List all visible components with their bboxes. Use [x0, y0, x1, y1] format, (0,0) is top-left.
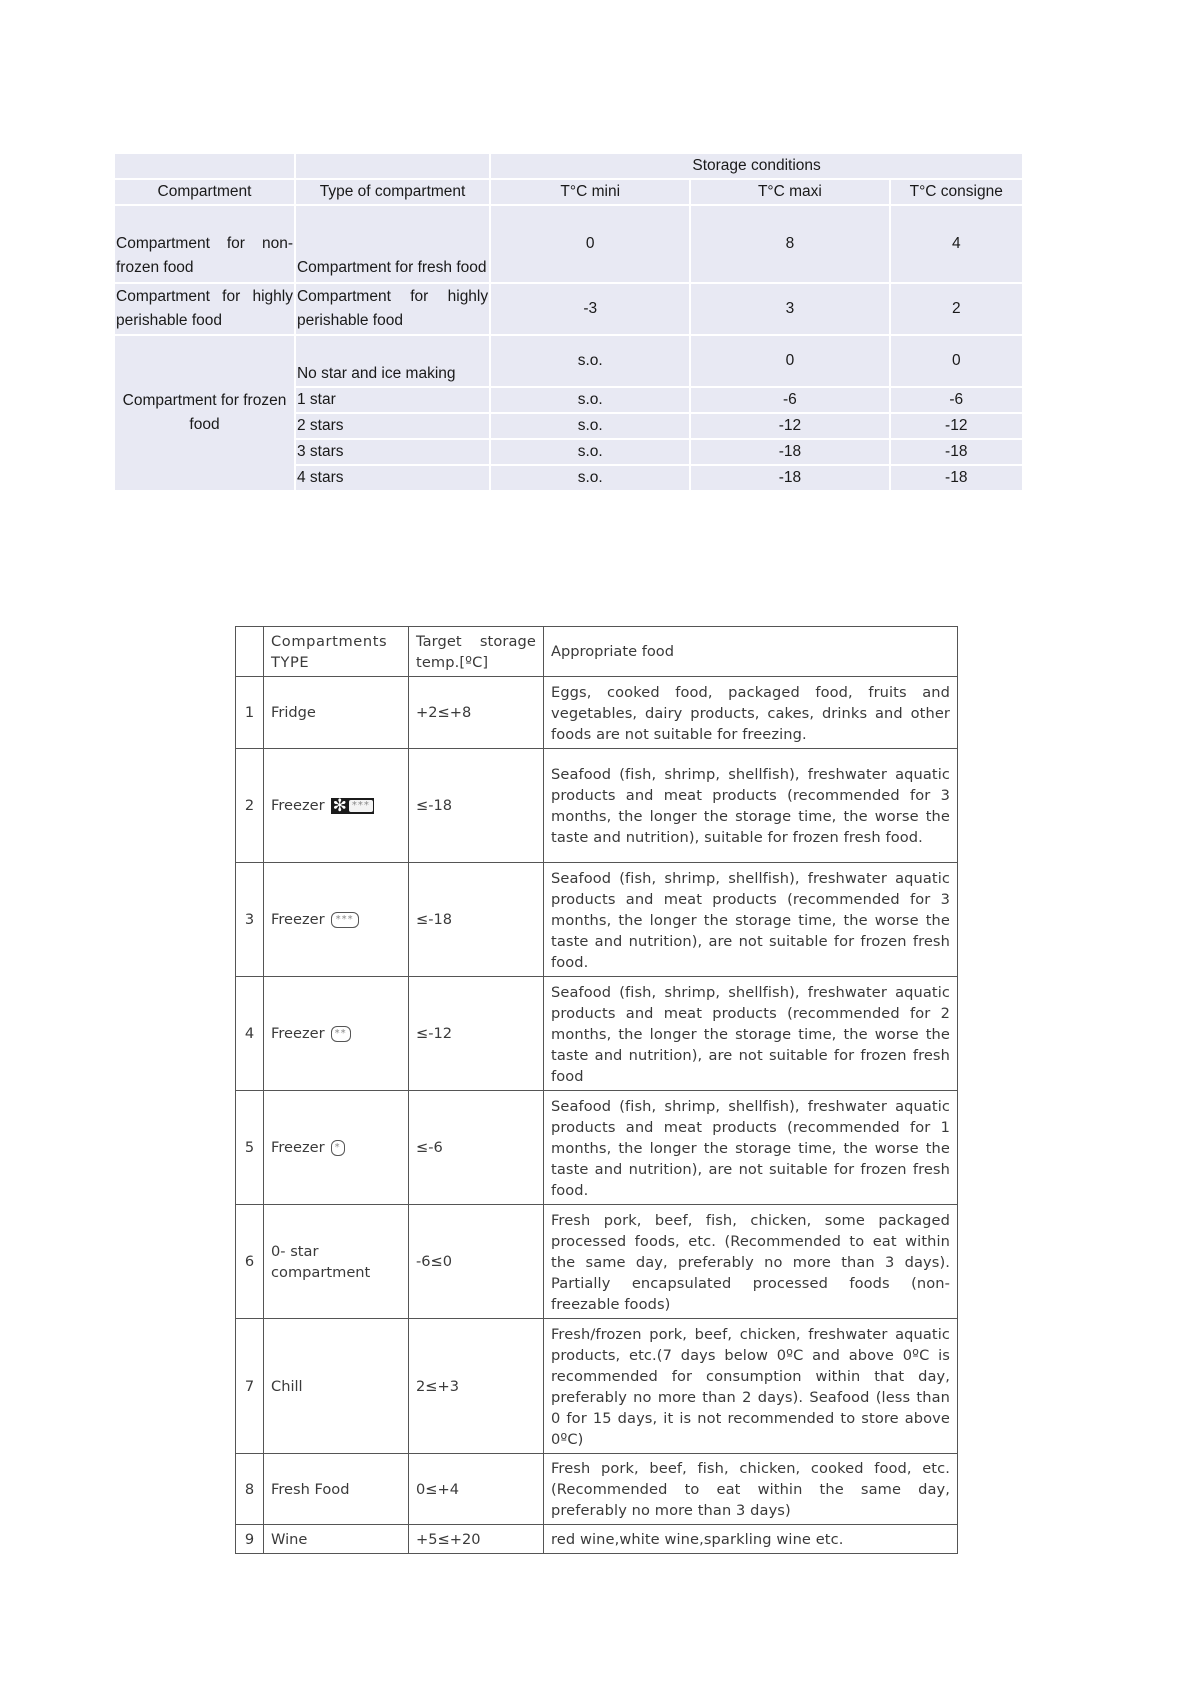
temp-cell: 2≤+3: [409, 1319, 544, 1454]
food-cell: Seafood (fish, shrimp, shellfish), fresh…: [544, 1091, 958, 1205]
tset-cell: -18: [891, 440, 1023, 464]
temp-cell: ≤-12: [409, 977, 544, 1091]
tmax-cell: -18: [691, 466, 888, 490]
tmax-cell: -6: [691, 388, 888, 412]
table-row: Compartment for frozen food No star and …: [115, 336, 1022, 386]
table-row: Compartment for non-frozen food Compartm…: [115, 206, 1022, 282]
tmin-cell: s.o.: [491, 336, 689, 386]
two-star-freezer-icon: **: [331, 1026, 351, 1042]
type-label: Freezer: [271, 795, 325, 816]
type-cell: Compartment for highly perishable food: [296, 284, 489, 334]
type-cell: 0- star compartment: [264, 1205, 409, 1319]
temp-cell: ≤-18: [409, 749, 544, 863]
table-row: 2 Freezer ✻ *** ≤-18 Seafood (fish, shri…: [236, 749, 958, 863]
header-cell-empty: [296, 154, 489, 178]
three-star-freezer-icon: ***: [331, 912, 359, 928]
table-row: 7 Chill 2≤+3 Fresh/frozen pork, beef, ch…: [236, 1319, 958, 1454]
compartment-cell: Compartment for frozen food: [115, 336, 294, 490]
row-number: 6: [236, 1205, 264, 1319]
row-number: 1: [236, 677, 264, 749]
type-cell: Fridge: [264, 677, 409, 749]
row-number: 5: [236, 1091, 264, 1205]
type-cell: Chill: [264, 1319, 409, 1454]
temp-header: Target storage temp.[ºC]: [409, 627, 544, 677]
compartment-cell: Compartment for highly perishable food: [115, 284, 294, 334]
tset-cell: -12: [891, 414, 1023, 438]
compartment-header: Compartment: [115, 180, 294, 204]
temp-cell: ≤-6: [409, 1091, 544, 1205]
type-cell: Wine: [264, 1525, 409, 1554]
type-cell: 2 stars: [296, 414, 489, 438]
tmin-cell: s.o.: [491, 440, 689, 464]
table-header-row: Compartment Type of compartment T°C mini…: [115, 180, 1022, 204]
temp-cell: +5≤+20: [409, 1525, 544, 1554]
table-row: 1 Fridge +2≤+8 Eggs, cooked food, packag…: [236, 677, 958, 749]
tmin-cell: -3: [491, 284, 689, 334]
tmin-cell: s.o.: [491, 388, 689, 412]
row-number: 8: [236, 1454, 264, 1525]
tmax-header: T°C maxi: [691, 180, 888, 204]
table-row: 6 0- star compartment -6≤0 Fresh pork, b…: [236, 1205, 958, 1319]
compartment-food-table: Compartments TYPE Target storage temp.[º…: [235, 626, 958, 1554]
type-cell: Freezer **: [264, 977, 409, 1091]
table-header-row: Storage conditions: [115, 154, 1022, 178]
tset-cell: 2: [891, 284, 1023, 334]
type-cell: 1 star: [296, 388, 489, 412]
tmin-header: T°C mini: [491, 180, 689, 204]
table-row: 3 Freezer *** ≤-18 Seafood (fish, shrimp…: [236, 863, 958, 977]
compartment-cell: Compartment for non-frozen food: [115, 206, 294, 282]
temp-cell: ≤-18: [409, 863, 544, 977]
food-cell: Eggs, cooked food, packaged food, fruits…: [544, 677, 958, 749]
type-cell: Fresh Food: [264, 1454, 409, 1525]
food-cell: Fresh pork, beef, fish, chicken, some pa…: [544, 1205, 958, 1319]
header-cell-empty: [115, 154, 294, 178]
tmax-cell: -18: [691, 440, 888, 464]
table-row: 9 Wine +5≤+20 red wine,white wine,sparkl…: [236, 1525, 958, 1554]
tset-cell: -6: [891, 388, 1023, 412]
type-cell: 4 stars: [296, 466, 489, 490]
table-header-row: Compartments TYPE Target storage temp.[º…: [236, 627, 958, 677]
tmax-cell: 3: [691, 284, 888, 334]
table-row: 4 Freezer ** ≤-12 Seafood (fish, shrimp,…: [236, 977, 958, 1091]
storage-conditions-table: Storage conditions Compartment Type of c…: [113, 152, 1024, 492]
type-cell: No star and ice making: [296, 336, 489, 386]
table-row: 5 Freezer * ≤-6 Seafood (fish, shrimp, s…: [236, 1091, 958, 1205]
food-cell: Fresh/frozen pork, beef, chicken, freshw…: [544, 1319, 958, 1454]
type-label: Freezer: [271, 1023, 325, 1044]
type-label: Freezer: [271, 909, 325, 930]
tmin-cell: 0: [491, 206, 689, 282]
row-number: 2: [236, 749, 264, 863]
row-number: 3: [236, 863, 264, 977]
type-label: Freezer: [271, 1137, 325, 1158]
type-cell: 3 stars: [296, 440, 489, 464]
four-star-freezer-icon: ✻ ***: [331, 798, 374, 814]
tmax-cell: 0: [691, 336, 888, 386]
food-header: Appropriate food: [544, 627, 958, 677]
type-cell: Compartment for fresh food: [296, 206, 489, 282]
row-number: 4: [236, 977, 264, 1091]
type-header: Type of compartment: [296, 180, 489, 204]
type-cell: Freezer *: [264, 1091, 409, 1205]
type-header: Compartments TYPE: [264, 627, 409, 677]
food-cell: Seafood (fish, shrimp, shellfish), fresh…: [544, 977, 958, 1091]
tset-cell: 4: [891, 206, 1023, 282]
table-row: Compartment for highly perishable food C…: [115, 284, 1022, 334]
row-number: 7: [236, 1319, 264, 1454]
tmin-cell: s.o.: [491, 466, 689, 490]
tmax-cell: 8: [691, 206, 888, 282]
food-cell: Seafood (fish, shrimp, shellfish), fresh…: [544, 863, 958, 977]
food-cell: Fresh pork, beef, fish, chicken, cooked …: [544, 1454, 958, 1525]
table-row: 8 Fresh Food 0≤+4 Fresh pork, beef, fish…: [236, 1454, 958, 1525]
storage-conditions-header: Storage conditions: [491, 154, 1022, 178]
tmax-cell: -12: [691, 414, 888, 438]
food-cell: red wine,white wine,sparkling wine etc.: [544, 1525, 958, 1554]
temp-cell: +2≤+8: [409, 677, 544, 749]
temp-cell: -6≤0: [409, 1205, 544, 1319]
row-number: 9: [236, 1525, 264, 1554]
food-cell: Seafood (fish, shrimp, shellfish), fresh…: [544, 749, 958, 863]
type-cell: Freezer ***: [264, 863, 409, 977]
one-star-freezer-icon: *: [331, 1140, 345, 1156]
type-cell: Freezer ✻ ***: [264, 749, 409, 863]
tset-header: T°C consigne: [891, 180, 1023, 204]
number-header: [236, 627, 264, 677]
tmin-cell: s.o.: [491, 414, 689, 438]
tset-cell: 0: [891, 336, 1023, 386]
tset-cell: -18: [891, 466, 1023, 490]
temp-cell: 0≤+4: [409, 1454, 544, 1525]
